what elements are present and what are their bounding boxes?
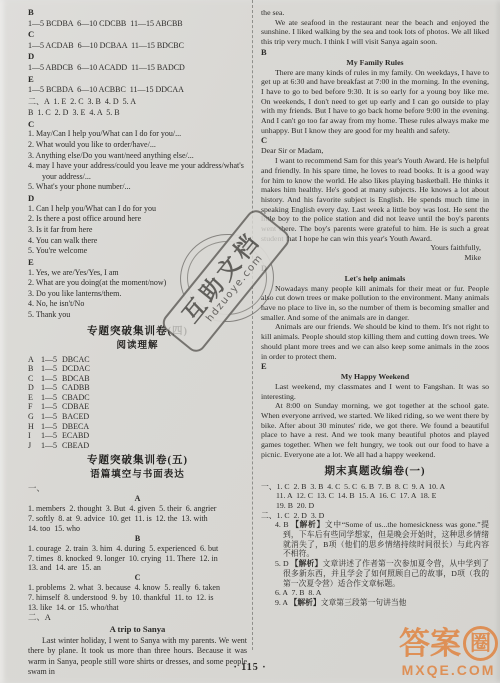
- answer-key-row: H1—5DBECA: [28, 422, 247, 432]
- analysis-tag: 【解析】: [291, 559, 323, 568]
- answer-item: 4. may I have your address/could you lea…: [28, 161, 247, 182]
- answer-cell: H: [28, 422, 41, 432]
- answer-cell: 4. B: [275, 520, 291, 529]
- answer-cell: C: [28, 374, 41, 384]
- answer-key-line: 1—5 ABDCB 6—10 ACADD 11—15 BADCD: [28, 62, 247, 73]
- answer-cell: 1—5: [41, 355, 62, 365]
- answer-cell: F: [28, 402, 41, 412]
- essay-title: My Happy Weekend: [261, 372, 489, 382]
- analysis-tag: 【解析】: [290, 598, 321, 607]
- daanquan-logo: 答案 圈: [399, 626, 498, 661]
- answer-cell: I: [28, 431, 41, 441]
- answer-key-row: F1—5CDBAE: [28, 402, 247, 412]
- essay-paragraph: Last weekend, my classmates and I went t…: [261, 382, 489, 401]
- answer-item: 2. What would you like to order/have/...: [28, 140, 247, 151]
- hdzuoye-stamp-watermark: 互助文档 hdzuoye.com: [152, 204, 302, 354]
- answer-key-line: 1—5 ACDAB 6—10 DCBAA 11—15 BDCBC: [28, 40, 247, 51]
- exam-section-title: 期末真题改编卷(一): [261, 464, 489, 479]
- section-letter: E: [28, 74, 247, 85]
- answer-cell: 1—5: [41, 431, 62, 441]
- answer-key-row: E1—5CBADC: [28, 393, 247, 403]
- answer-cell: DBECA: [62, 422, 89, 431]
- section-letter: C: [28, 29, 247, 40]
- fill-in-answers-line: 1. members 2. thought 3. But 4. given 5.…: [28, 504, 247, 514]
- part-number: 一、: [28, 484, 247, 494]
- answer-cell: A: [28, 355, 41, 365]
- exam-subsection-title: 语篇填空与书面表达: [28, 469, 247, 482]
- answer-explanation: 5. D 【解析】文章讲述了作者第一次参加夏令营，从中学到了很多新东西，并且学会…: [261, 559, 489, 588]
- answer-cell: BDCAB: [62, 374, 90, 383]
- answer-key-row: D1—5CADBB: [28, 383, 247, 393]
- answer-key-line: 二、A 1. E 2. C 3. B 4. D 5. A: [28, 96, 247, 107]
- daanquan-site-url: MXQE.COM: [399, 662, 498, 678]
- answer-cell: 1—5: [41, 422, 62, 432]
- answer-key-line: 二、1. C 2. D 3. D: [261, 511, 489, 521]
- answer-cell: 9. A: [275, 598, 290, 607]
- answer-explanation: 9. A 【解析】文章第三段第一句讲当他: [261, 598, 489, 608]
- daanquan-site-watermark: 答案 圈 MXQE.COM: [399, 626, 498, 678]
- answer-item: 1. May/Can I help you/What can I do for …: [28, 129, 247, 140]
- answer-cell: CBADC: [62, 393, 90, 402]
- part-number: 二、A: [28, 613, 247, 623]
- answer-key-row: B1—5DCDAC: [28, 364, 247, 374]
- answer-explanation: 4. B 【解析】文中“Some of us...the homesicknes…: [261, 520, 489, 559]
- answer-cell: ECABD: [62, 431, 89, 440]
- passage-letter: A: [28, 494, 247, 504]
- answer-cell: G: [28, 412, 41, 422]
- answer-key-line: B 1. C 2. D 3. E 4. A 5. B: [28, 107, 247, 118]
- answer-cell: 1—5: [41, 383, 62, 393]
- answer-item: 5. What's your phone number/...: [28, 182, 247, 193]
- answer-cell: CADBB: [62, 383, 90, 392]
- section-letter: B: [28, 7, 247, 18]
- answer-cell: CDBAE: [62, 402, 89, 411]
- essay-paragraph: We ate seafood in the restaurant near th…: [261, 18, 489, 47]
- fill-in-answers-line: 13. and 14. are 15. an: [28, 563, 247, 573]
- answer-cell: B: [28, 364, 41, 374]
- analysis-tag: 【解析】: [291, 520, 325, 529]
- fill-in-answers-line: 7. himself 8. understood 9. by 10. thank…: [28, 593, 247, 603]
- answer-cell: J: [28, 441, 41, 451]
- answer-cell: 1—5: [41, 402, 62, 412]
- essay-paragraph: At 8:00 on Sunday morning, we got togeth…: [261, 401, 489, 459]
- scanned-answer-key-page: B1—5 BCDBA 6—10 CDCBB 11—15 ABCBBC1—5 AC…: [0, 0, 500, 683]
- answer-cell: 1—5: [41, 441, 62, 451]
- section-letter: D: [28, 51, 247, 62]
- answer-cell: CBEAD: [62, 441, 89, 450]
- answer-cell: E: [28, 393, 41, 403]
- answer-item: 3. Anything else/Do you want/need anythi…: [28, 151, 247, 162]
- fill-in-answers-line: 14. too 15. who: [28, 524, 247, 534]
- answer-cell: DBCAC: [62, 355, 90, 364]
- answer-cell: D: [28, 383, 41, 393]
- fill-in-answers-line: 7. times 8. knocked 9. longer 10. crying…: [28, 554, 247, 564]
- answer-cell: 1—5: [41, 412, 62, 422]
- answer-cell: 1—5: [41, 364, 62, 374]
- exam-section-title: 专题突破集训卷(五): [28, 453, 247, 468]
- answer-key-line: 1—5 BCBDA 6—10 ACBBC 11—15 DDCAA: [28, 84, 247, 95]
- daanquan-circled-character: 圈: [463, 626, 498, 661]
- fill-in-answers-line: 1. problems 2. what 3. because 4. know 5…: [28, 583, 247, 593]
- fill-in-answers-line: 7. softly 8. at 9. advice 10. get 11. is…: [28, 514, 247, 524]
- essay-paragraph: There are many kinds of rules in my fami…: [261, 68, 489, 136]
- section-letter: C: [261, 135, 489, 146]
- passage-letter: C: [28, 573, 247, 583]
- answer-cell: 1—5: [41, 393, 62, 403]
- answer-cell: 文章第三段第一句讲当他: [321, 598, 407, 607]
- answer-key-line: 一、1. C 2. B 3. B 4. C 5. C 6. B 7. B 8. …: [261, 482, 489, 511]
- answer-key-row: G1—5BACED: [28, 412, 247, 422]
- daanquan-logo-text: 答案: [399, 628, 461, 660]
- section-letter: D: [28, 193, 247, 204]
- passage-letter: B: [28, 534, 247, 544]
- essay-paragraph: Dear Sir or Madam,: [261, 146, 489, 156]
- essay-title: A trip to Sanya: [28, 623, 247, 636]
- essay-paragraph: the sea.: [261, 8, 489, 18]
- fill-in-answers-line: 1. courage 2. train 3. him 4. during 5. …: [28, 544, 247, 554]
- answer-key-row: J1—5CBEAD: [28, 441, 247, 451]
- answer-cell: BACED: [62, 412, 89, 421]
- answer-key-row: C1—5BDCAB: [28, 374, 247, 384]
- section-letter: E: [261, 361, 489, 372]
- answer-key-row: A1—5DBCAC: [28, 355, 247, 365]
- answer-cell: 5. D: [275, 559, 291, 568]
- answer-key-line: 1—5 BCDBA 6—10 CDCBB 11—15 ABCBB: [28, 18, 247, 29]
- answer-cell: 1—5: [41, 374, 62, 384]
- answer-explanation: 6. A 7. B 8. A: [261, 588, 489, 598]
- section-letter: B: [261, 47, 489, 58]
- section-letter: C: [28, 119, 247, 130]
- fill-in-answers-line: 13. like 14. or 15. who/that: [28, 603, 247, 613]
- answer-key-row: I1—5ECABD: [28, 431, 247, 441]
- essay-title: My Family Rules: [261, 58, 489, 68]
- answer-cell: DCDAC: [62, 364, 90, 373]
